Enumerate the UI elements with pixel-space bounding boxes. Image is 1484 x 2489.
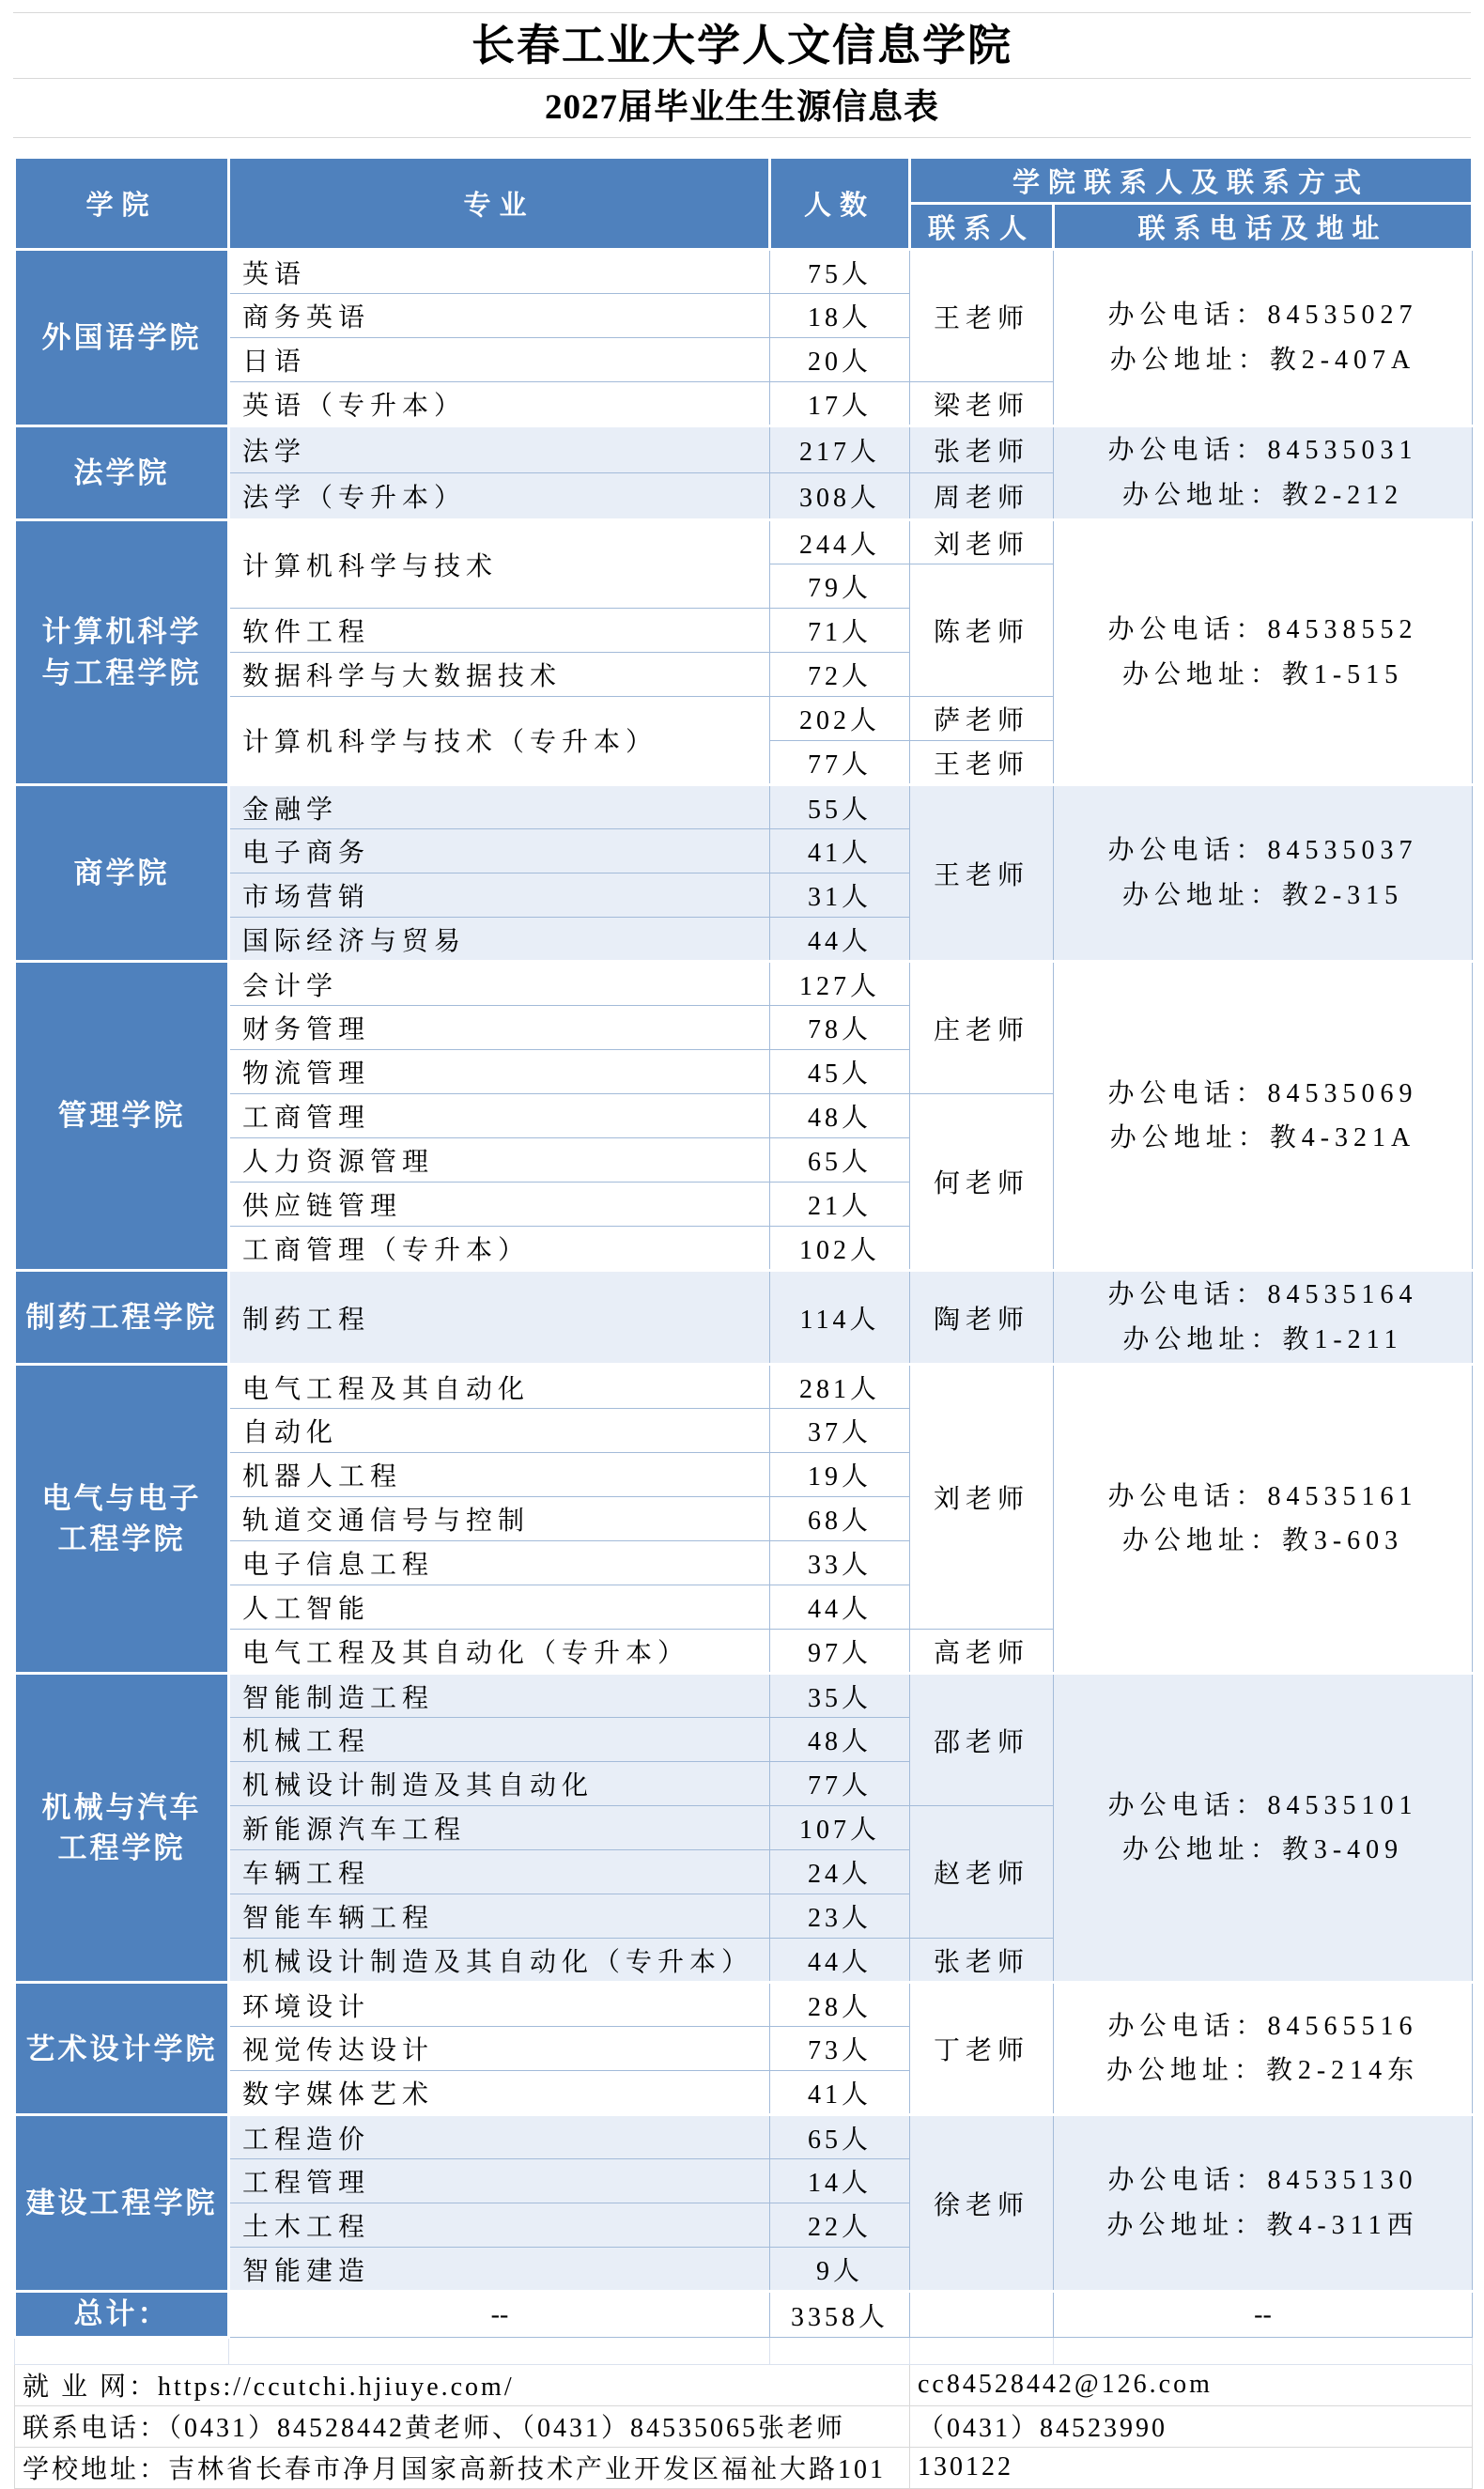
count-cell: 107人 — [770, 1806, 910, 1850]
contact-person-cell: 萨老师 — [910, 697, 1054, 741]
office-phone-line: 办公电话：84535130 — [1055, 2158, 1471, 2203]
footer-postcode: 130122 — [910, 2447, 1473, 2488]
office-phone-line: 办公电话：84535027 — [1055, 293, 1471, 338]
spreadsheet: 长春工业大学人文信息学院 2027届毕业生生源信息表 学院 专业 人数 学院联系… — [0, 0, 1484, 2489]
office-phone-line: 办公电话：84535164 — [1055, 1273, 1471, 1318]
count-cell: 41人 — [770, 2071, 910, 2115]
header-contact-person: 联系人 — [910, 204, 1054, 250]
count-cell: 48人 — [770, 1718, 910, 1762]
count-cell: 71人 — [770, 609, 910, 653]
count-cell: 37人 — [770, 1409, 910, 1453]
contact-person-cell: 邵老师 — [910, 1674, 1054, 1806]
major-cell: 数据科学与大数据技术 — [229, 653, 770, 697]
college-name-line: 商学院 — [17, 853, 226, 893]
major-cell: 供应链管理 — [229, 1183, 770, 1227]
spacer-cell — [1054, 2337, 1473, 2364]
count-cell: 127人 — [770, 962, 910, 1006]
header-college: 学院 — [15, 158, 229, 250]
office-phone-line: 办公电话：84535031 — [1055, 428, 1471, 473]
count-cell: 33人 — [770, 1541, 910, 1585]
contact-info-cell: 办公电话：84535037 办公地址：教2-315 — [1054, 785, 1473, 962]
contact-person-cell: 张老师 — [910, 1939, 1054, 1983]
contact-info-cell: 办公电话：84535027 办公地址：教2-407A — [1054, 250, 1473, 426]
count-cell: 14人 — [770, 2159, 910, 2203]
major-cell: 商务英语 — [229, 294, 770, 338]
major-cell: 工程管理 — [229, 2159, 770, 2203]
contact-info-cell: 办公电话：84565516 办公地址：教2-214东 — [1054, 1983, 1473, 2115]
count-cell: 28人 — [770, 1983, 910, 2027]
office-address-line: 办公地址：教2-212 — [1055, 473, 1471, 518]
count-cell: 45人 — [770, 1050, 910, 1094]
college-name-line: 机械与汽车 — [17, 1787, 226, 1828]
count-cell: 72人 — [770, 653, 910, 697]
contact-person-cell: 王老师 — [910, 785, 1054, 962]
total-contact-placeholder: -- — [1054, 2292, 1473, 2337]
office-address-line: 办公地址：教4-311西 — [1055, 2203, 1471, 2249]
page-subtitle: 2027届毕业生生源信息表 — [13, 79, 1471, 138]
contact-person-cell: 张老师 — [910, 426, 1054, 473]
spacer-cell — [15, 2337, 229, 2364]
major-cell: 法学（专升本） — [229, 473, 770, 520]
office-phone-line: 办公电话：84565516 — [1055, 2004, 1471, 2049]
count-cell: 35人 — [770, 1674, 910, 1718]
college-name-line: 外国语学院 — [17, 317, 226, 358]
count-cell: 202人 — [770, 697, 910, 741]
total-count-cell: 3358人 — [770, 2292, 910, 2337]
office-phone-line: 办公电话：84535161 — [1055, 1475, 1471, 1520]
major-cell: 英语 — [229, 250, 770, 294]
college-cell: 建设工程学院 — [15, 2115, 229, 2292]
major-cell: 财务管理 — [229, 1006, 770, 1050]
count-cell: 20人 — [770, 338, 910, 382]
count-cell: 44人 — [770, 918, 910, 962]
count-cell: 22人 — [770, 2203, 910, 2248]
major-cell: 土木工程 — [229, 2203, 770, 2248]
office-phone-line: 办公电话：84535037 — [1055, 828, 1471, 873]
college-name-line: 工程学院 — [17, 1828, 226, 1868]
major-cell: 工程造价 — [229, 2115, 770, 2159]
count-cell: 41人 — [770, 829, 910, 873]
total-person-cell-empty — [910, 2292, 1054, 2337]
count-cell: 102人 — [770, 1227, 910, 1271]
college-cell: 计算机科学 与工程学院 — [15, 520, 229, 785]
count-cell: 17人 — [770, 382, 910, 426]
total-major-placeholder: -- — [229, 2292, 770, 2337]
major-cell: 物流管理 — [229, 1050, 770, 1094]
count-cell: 68人 — [770, 1497, 910, 1541]
office-phone-line: 办公电话：84535069 — [1055, 1072, 1471, 1117]
contact-person-cell: 庄老师 — [910, 962, 1054, 1094]
contact-person-cell: 刘老师 — [910, 520, 1054, 564]
count-cell: 65人 — [770, 1138, 910, 1183]
office-address-line: 办公地址：教3-409 — [1055, 1828, 1471, 1873]
major-cell: 电气工程及其自动化 — [229, 1365, 770, 1409]
college-name-line: 与工程学院 — [17, 653, 226, 693]
contact-person-cell: 陈老师 — [910, 564, 1054, 697]
contact-info-cell: 办公电话：84535130 办公地址：教4-311西 — [1054, 2115, 1473, 2292]
contact-info-cell: 办公电话：84535069 办公地址：教4-321A — [1054, 962, 1473, 1271]
contact-info-cell: 办公电话：84538552 办公地址：教1-515 — [1054, 520, 1473, 785]
header-count: 人数 — [770, 158, 910, 250]
major-cell: 会计学 — [229, 962, 770, 1006]
college-name-line: 计算机科学 — [17, 611, 226, 652]
major-cell: 轨道交通信号与控制 — [229, 1497, 770, 1541]
major-cell: 自动化 — [229, 1409, 770, 1453]
major-cell: 工商管理 — [229, 1094, 770, 1138]
office-address-line: 办公地址：教2-315 — [1055, 873, 1471, 919]
major-cell: 电子信息工程 — [229, 1541, 770, 1585]
college-cell: 管理学院 — [15, 962, 229, 1271]
contact-person-cell: 何老师 — [910, 1094, 1054, 1271]
count-cell: 244人 — [770, 520, 910, 564]
major-cell: 软件工程 — [229, 609, 770, 653]
contact-person-cell: 徐老师 — [910, 2115, 1054, 2292]
spacer-cell — [229, 2337, 770, 2364]
major-cell: 市场营销 — [229, 873, 770, 918]
contact-person-cell: 周老师 — [910, 473, 1054, 520]
college-name-line: 建设工程学院 — [17, 2183, 226, 2223]
count-cell: 18人 — [770, 294, 910, 338]
count-cell: 78人 — [770, 1006, 910, 1050]
college-cell: 制药工程学院 — [15, 1271, 229, 1365]
count-cell: 48人 — [770, 1094, 910, 1138]
college-cell: 外国语学院 — [15, 250, 229, 426]
count-cell: 65人 — [770, 2115, 910, 2159]
major-cell: 金融学 — [229, 785, 770, 829]
footer-phones: 联系电话：（0431）84528442黄老师、（0431）84535065张老师 — [15, 2405, 910, 2447]
count-cell: 75人 — [770, 250, 910, 294]
contact-person-cell: 王老师 — [910, 250, 1054, 382]
footer-phone-right: （0431）84523990 — [910, 2405, 1473, 2447]
major-cell: 制药工程 — [229, 1271, 770, 1365]
major-cell: 工商管理（专升本） — [229, 1227, 770, 1271]
contact-person-cell: 王老师 — [910, 741, 1054, 785]
count-cell: 31人 — [770, 873, 910, 918]
college-name-line: 制药工程学院 — [17, 1297, 226, 1337]
count-cell: 21人 — [770, 1183, 910, 1227]
count-cell: 44人 — [770, 1939, 910, 1983]
major-cell: 数字媒体艺术 — [229, 2071, 770, 2115]
count-cell: 77人 — [770, 741, 910, 785]
office-address-line: 办公地址：教4-321A — [1055, 1116, 1471, 1161]
page-title: 长春工业大学人文信息学院 — [13, 12, 1471, 79]
header-major: 专业 — [229, 158, 770, 250]
header-phone-address: 联系电话及地址 — [1054, 204, 1473, 250]
spacer-cell — [770, 2337, 910, 2364]
office-address-line: 办公地址：教1-515 — [1055, 653, 1471, 698]
major-cell: 智能制造工程 — [229, 1674, 770, 1718]
office-phone-line: 办公电话：84538552 — [1055, 608, 1471, 653]
major-cell: 机器人工程 — [229, 1453, 770, 1497]
contact-person-cell: 刘老师 — [910, 1365, 1054, 1630]
office-phone-line: 办公电话：84535101 — [1055, 1784, 1471, 1829]
major-cell: 机械设计制造及其自动化（专升本） — [229, 1939, 770, 1983]
major-cell: 人工智能 — [229, 1585, 770, 1630]
total-label-cell: 总计： — [15, 2292, 229, 2337]
footer-jobsite: 就 业 网：https://ccutchi.hjiuye.com/ — [15, 2364, 910, 2405]
student-source-table: 学院 专业 人数 学院联系人及联系方式 联系人 联系电话及地址 外国语学院 英语… — [13, 156, 1474, 2489]
office-address-line: 办公地址：教3-603 — [1055, 1519, 1471, 1564]
office-address-line: 办公地址：教1-211 — [1055, 1318, 1471, 1363]
college-cell: 机械与汽车 工程学院 — [15, 1674, 229, 1983]
count-cell: 308人 — [770, 473, 910, 520]
major-cell: 智能建造 — [229, 2248, 770, 2292]
count-cell: 9人 — [770, 2248, 910, 2292]
college-name-line: 工程学院 — [17, 1519, 226, 1559]
contact-person-cell: 赵老师 — [910, 1806, 1054, 1939]
contact-info-cell: 办公电话：84535164 办公地址：教1-211 — [1054, 1271, 1473, 1365]
title-table-gap — [13, 138, 1471, 156]
major-cell: 法学 — [229, 426, 770, 473]
college-cell: 商学院 — [15, 785, 229, 962]
major-cell: 新能源汽车工程 — [229, 1806, 770, 1850]
college-name-line: 电气与电子 — [17, 1478, 226, 1519]
major-cell: 人力资源管理 — [229, 1138, 770, 1183]
major-cell: 日语 — [229, 338, 770, 382]
count-cell: 23人 — [770, 1894, 910, 1939]
college-name-line: 法学院 — [17, 453, 226, 493]
count-cell: 73人 — [770, 2027, 910, 2071]
count-cell: 97人 — [770, 1630, 910, 1674]
count-cell: 24人 — [770, 1850, 910, 1894]
major-cell: 英语（专升本） — [229, 382, 770, 426]
contact-person-cell: 梁老师 — [910, 382, 1054, 426]
contact-info-cell: 办公电话：84535161 办公地址：教3-603 — [1054, 1365, 1473, 1674]
major-cell: 环境设计 — [229, 1983, 770, 2027]
major-cell: 电气工程及其自动化（专升本） — [229, 1630, 770, 1674]
count-cell: 217人 — [770, 426, 910, 473]
count-cell: 19人 — [770, 1453, 910, 1497]
office-address-line: 办公地址：教2-407A — [1055, 338, 1471, 383]
major-cell: 机械设计制造及其自动化 — [229, 1762, 770, 1806]
major-cell: 计算机科学与技术（专升本） — [229, 697, 770, 785]
header-contact-group: 学院联系人及联系方式 — [910, 158, 1473, 204]
major-cell: 电子商务 — [229, 829, 770, 873]
count-cell: 44人 — [770, 1585, 910, 1630]
count-cell: 114人 — [770, 1271, 910, 1365]
major-cell: 车辆工程 — [229, 1850, 770, 1894]
contact-info-cell: 办公电话：84535101 办公地址：教3-409 — [1054, 1674, 1473, 1983]
contact-person-cell: 陶老师 — [910, 1271, 1054, 1365]
footer-email: cc84528442@126.com — [910, 2364, 1473, 2405]
major-cell: 智能车辆工程 — [229, 1894, 770, 1939]
count-cell: 79人 — [770, 564, 910, 609]
college-cell: 法学院 — [15, 426, 229, 520]
contact-info-cell: 办公电话：84535031 办公地址：教2-212 — [1054, 426, 1473, 520]
major-cell: 计算机科学与技术 — [229, 520, 770, 609]
count-cell: 77人 — [770, 1762, 910, 1806]
count-cell: 55人 — [770, 785, 910, 829]
office-address-line: 办公地址：教2-214东 — [1055, 2048, 1471, 2094]
count-cell: 281人 — [770, 1365, 910, 1409]
major-cell: 视觉传达设计 — [229, 2027, 770, 2071]
major-cell: 国际经济与贸易 — [229, 918, 770, 962]
spacer-cell — [910, 2337, 1054, 2364]
contact-person-cell: 高老师 — [910, 1630, 1054, 1674]
major-cell: 机械工程 — [229, 1718, 770, 1762]
contact-person-cell: 丁老师 — [910, 1983, 1054, 2115]
college-cell: 艺术设计学院 — [15, 1983, 229, 2115]
college-cell: 电气与电子 工程学院 — [15, 1365, 229, 1674]
footer-address: 学校地址：吉林省长春市净月国家高新技术产业开发区福祉大路101 — [15, 2447, 910, 2488]
college-name-line: 艺术设计学院 — [17, 2029, 226, 2069]
college-name-line: 管理学院 — [17, 1095, 226, 1136]
